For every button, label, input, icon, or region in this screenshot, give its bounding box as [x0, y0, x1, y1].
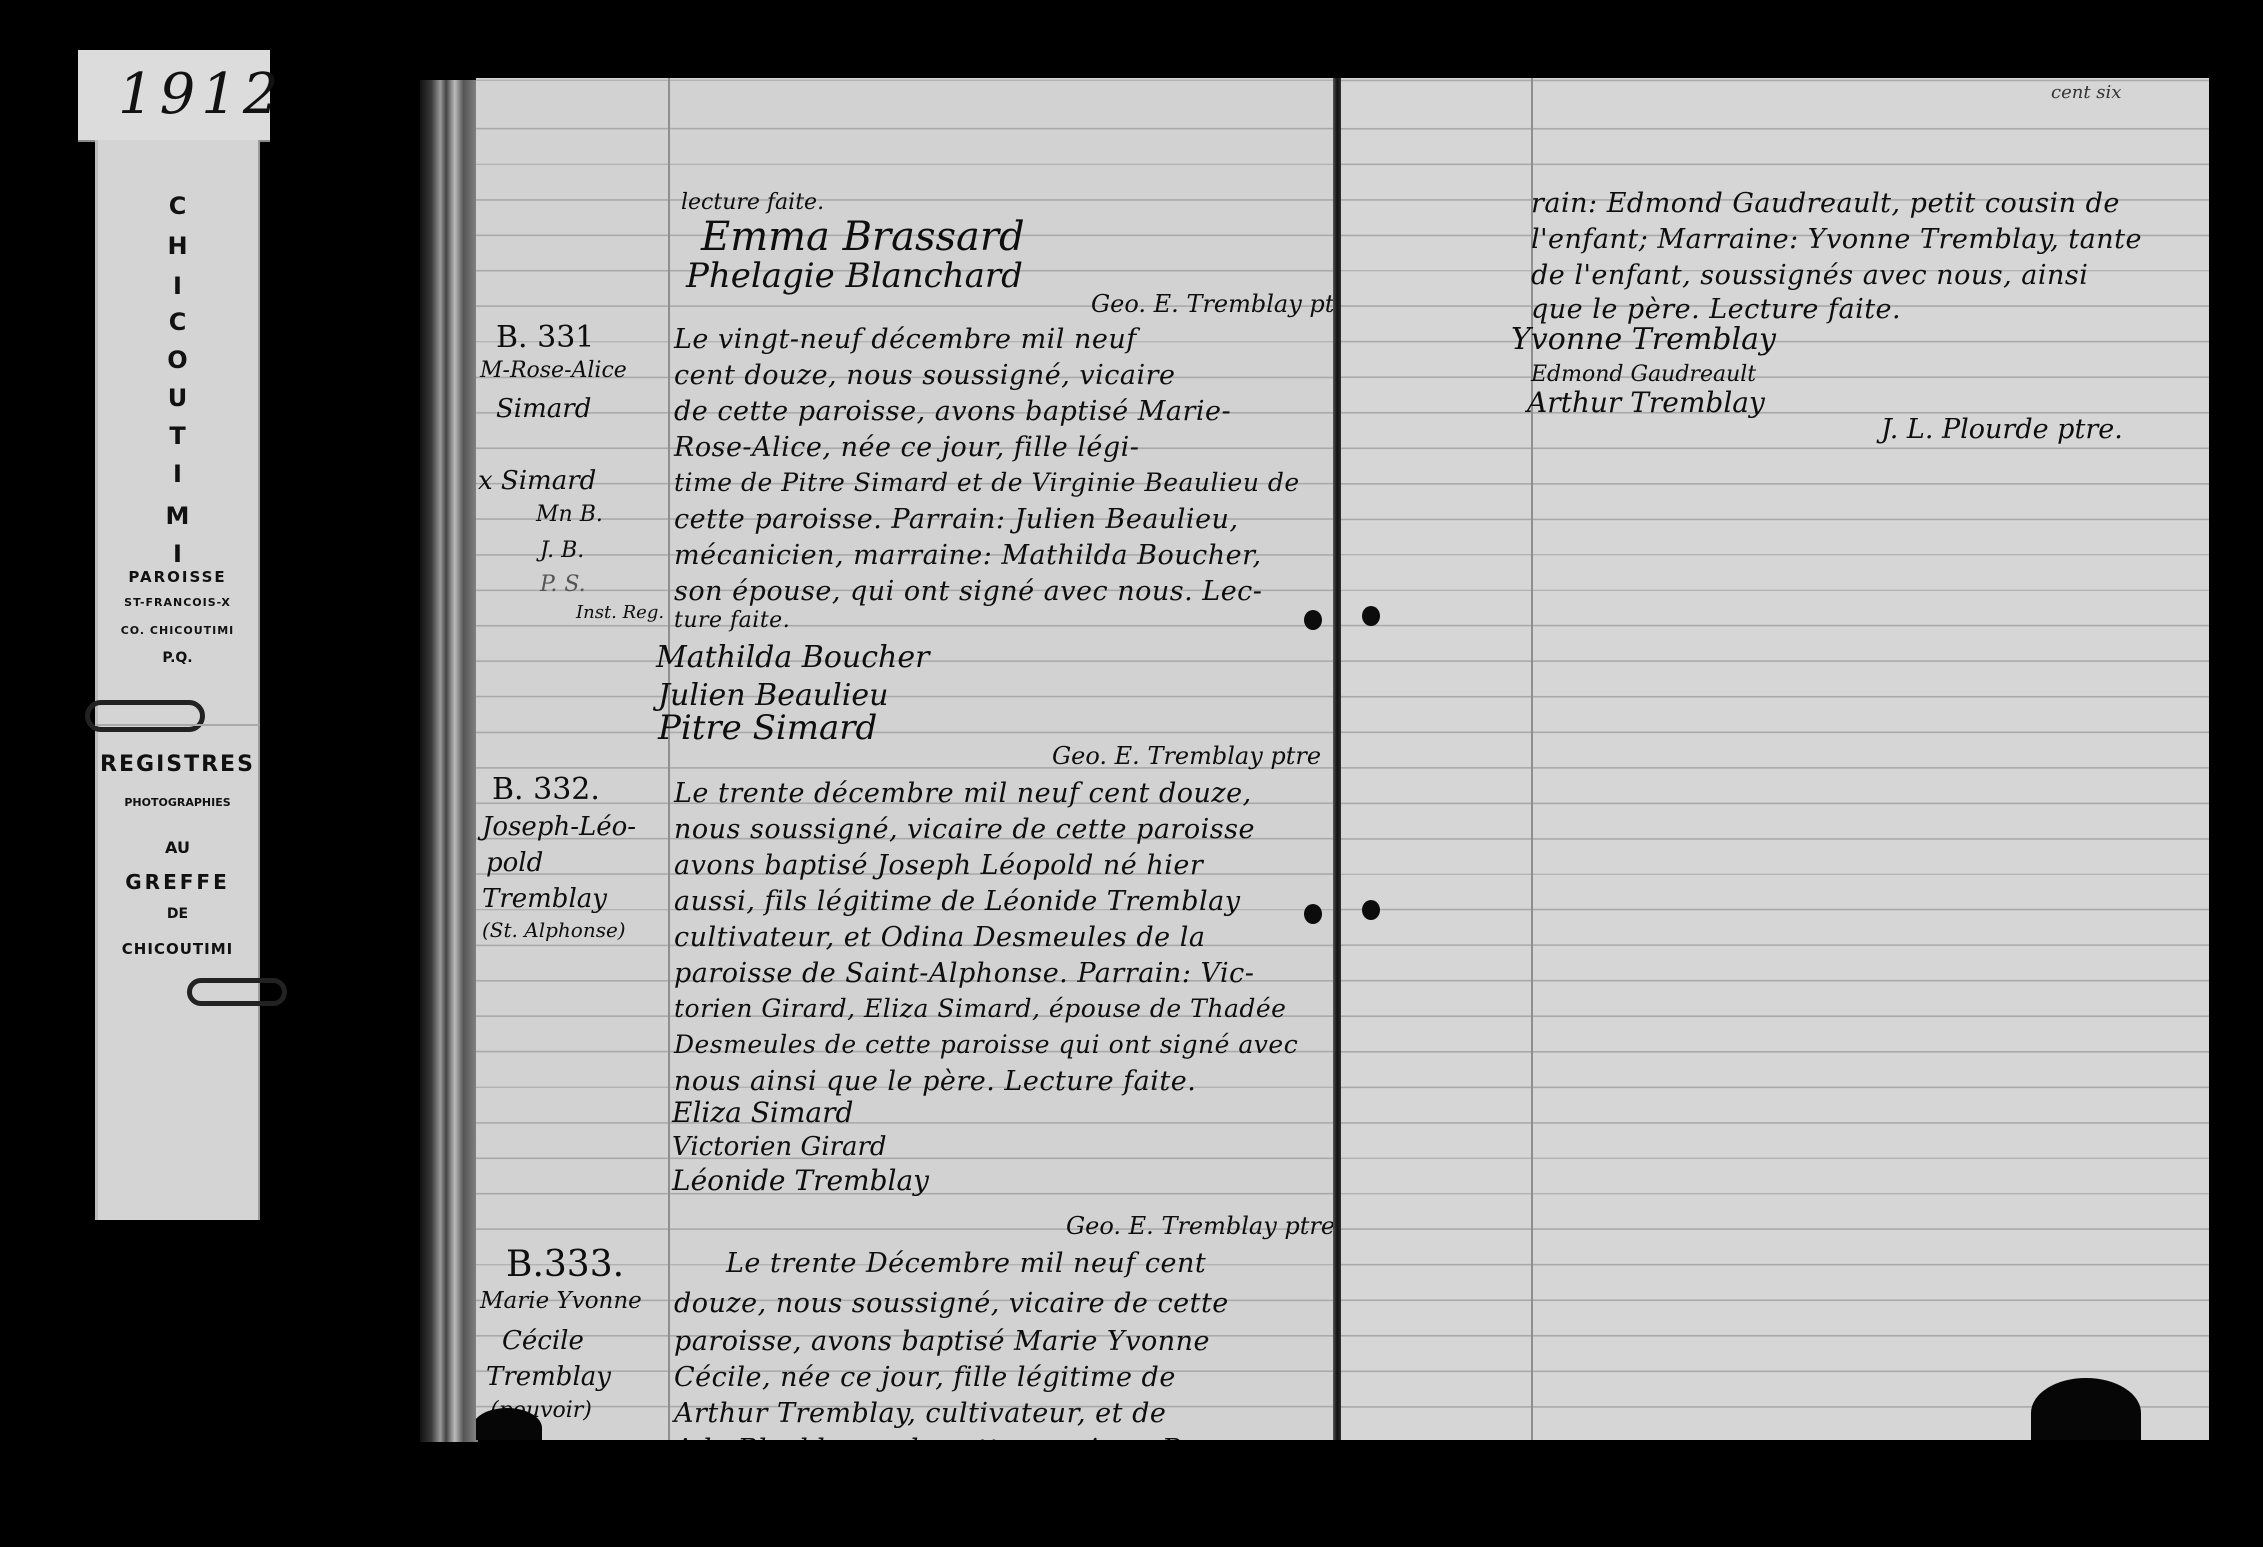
page-number: cent six	[2051, 82, 2121, 103]
signature: Léonide Tremblay	[672, 1164, 929, 1197]
text-line: mécanicien, marraine: Mathilda Boucher,	[674, 540, 1262, 571]
margin-note: Mn B.	[536, 502, 603, 527]
binding-hole	[1304, 904, 1322, 924]
margin-name: Marie Yvonne	[480, 1288, 642, 1314]
entry-number: B. 331	[496, 320, 594, 355]
margin-name: M-Rose-Alice	[480, 358, 627, 383]
text-line: avons baptisé Joseph Léopold né hier	[674, 850, 1203, 881]
text-line: Ada Blackburn, de cette paroisse. Par-	[674, 1434, 1219, 1440]
title-letter: T	[95, 422, 260, 450]
margin-note: P. S.	[540, 572, 586, 597]
text-line: aussi, fils légitime de Léonide Tremblay	[674, 886, 1241, 917]
registry-line: AU	[95, 838, 260, 857]
text-line: lecture faite.	[681, 190, 824, 215]
text-line: paroisse, avons baptisé Marie Yvonne	[674, 1326, 1210, 1357]
margin-note: Inst. Reg.	[576, 602, 664, 623]
title-letter: C	[95, 192, 260, 220]
label-divider	[95, 724, 260, 726]
text-line: torien Girard, Eliza Simard, épouse de T…	[674, 994, 1286, 1023]
text-line: l'enfant; Marraine: Yvonne Tremblay, tan…	[1531, 224, 2142, 255]
text-line: nous ainsi que le père. Lecture faite.	[674, 1066, 1196, 1097]
text-line: ture faite.	[674, 608, 790, 633]
thumb-shadow	[2031, 1378, 2141, 1440]
text-line: Le vingt-neuf décembre mil neuf	[674, 324, 1137, 355]
signature: Mathilda Boucher	[656, 640, 929, 675]
text-line: Arthur Tremblay, cultivateur, et de	[674, 1398, 1166, 1429]
title-letter: I	[95, 460, 260, 488]
registry-line: CHICOUTIMI	[95, 940, 260, 958]
title-letter: C	[95, 308, 260, 336]
margin-name: (St. Alphonse)	[482, 918, 626, 942]
text-line: son épouse, qui ont signé avec nous. Lec…	[674, 576, 1262, 607]
priest-signature: Geo. E. Tremblay ptre	[1066, 1212, 1335, 1240]
parish-line: PAROISSE	[95, 568, 260, 586]
text-line: cette paroisse. Parrain: Julien Beaulieu…	[674, 504, 1239, 535]
text-line: time de Pitre Simard et de Virginie Beau…	[674, 468, 1300, 497]
signature: Arthur Tremblay	[1527, 386, 1765, 419]
text-line: paroisse de Saint-Alphonse. Parrain: Vic…	[674, 958, 1254, 989]
title-letter: U	[95, 384, 260, 412]
margin-name: Cécile	[502, 1326, 584, 1356]
signature: Emma Brassard	[701, 214, 1025, 260]
registry-line: DE	[95, 906, 260, 922]
text-line: cultivateur, et Odina Desmeules de la	[674, 922, 1205, 953]
priest-signature: Geo. E. Tremblay ptre	[1052, 742, 1321, 770]
registry-line: GREFFE	[95, 870, 260, 894]
title-letter: I	[95, 540, 260, 568]
archive-label-strip: C H I C O U T I M I PAROISSE ST-FRANCOIS…	[95, 140, 260, 1220]
binding-hole	[1362, 606, 1380, 626]
title-letter: I	[95, 272, 260, 300]
text-line: Cécile, née ce jour, fille légitime de	[674, 1362, 1176, 1393]
parish-line: ST-FRANCOIS-X	[95, 596, 260, 609]
signature: Pitre Simard	[658, 708, 877, 748]
margin-name: Joseph-Léo-	[482, 812, 636, 842]
priest-signature: J. L. Plourde ptre.	[1881, 414, 2123, 445]
margin-name: x Simard	[478, 466, 596, 496]
title-letter: H	[95, 232, 260, 260]
binding-hole	[1362, 900, 1380, 920]
year-tag: 1912	[78, 50, 270, 142]
text-line: douze, nous soussigné, vicaire de cette	[674, 1288, 1229, 1319]
margin-name: Simard	[496, 394, 591, 424]
parish-line: P.Q.	[95, 650, 260, 666]
left-page: lecture faite. Emma Brassard Phelagie Bl…	[476, 78, 1336, 1440]
paper-clip-icon	[187, 978, 287, 1006]
margin-name: Tremblay	[486, 1362, 611, 1392]
text-line: de cette paroisse, avons baptisé Marie-	[674, 396, 1231, 427]
signature: Victorien Girard	[672, 1132, 887, 1162]
year-label: 1912	[118, 62, 285, 127]
title-letter: O	[95, 346, 260, 374]
registry-line: PHOTOGRAPHIES	[95, 796, 260, 809]
text-line: de l'enfant, soussignés avec nous, ainsi	[1531, 260, 2088, 291]
margin-name: pold	[486, 848, 543, 878]
margin-name: Tremblay	[482, 884, 607, 914]
text-line: rain: Edmond Gaudreault, petit cousin de	[1531, 188, 2120, 219]
text-line: Desmeules de cette paroisse qui ont sign…	[674, 1030, 1298, 1059]
text-line: Le trente Décembre mil neuf cent	[726, 1248, 1206, 1279]
priest-signature: Geo. E. Tremblay ptre	[1091, 290, 1336, 318]
entry-number: B. 332.	[492, 772, 600, 807]
signature: Eliza Simard	[672, 1096, 853, 1129]
text-line: que le père. Lecture faite.	[1531, 294, 1901, 325]
title-letter: M	[95, 502, 260, 530]
text-line: Rose-Alice, née ce jour, fille légi-	[674, 432, 1139, 463]
text-line: nous soussigné, vicaire de cette paroiss…	[674, 814, 1255, 845]
text-line: Le trente décembre mil neuf cent douze,	[674, 778, 1252, 809]
entry-number: B.333.	[506, 1244, 624, 1285]
signature: Phelagie Blanchard	[686, 256, 1023, 296]
paper-clip-icon	[85, 700, 205, 732]
binding-hole	[1304, 610, 1322, 630]
signature: Yvonne Tremblay	[1511, 322, 1776, 357]
signature: Edmond Gaudreault	[1531, 362, 1756, 387]
parish-line: CO. CHICOUTIMI	[95, 624, 260, 637]
book-binding-edge	[420, 80, 478, 1442]
margin-note: J. B.	[540, 538, 584, 563]
margin-rule	[668, 78, 670, 1440]
registry-line: REGISTRES	[95, 752, 260, 777]
right-page: cent six rain: Edmond Gaudreault, petit …	[1341, 78, 2209, 1440]
text-line: cent douze, nous soussigné, vicaire	[674, 360, 1175, 391]
